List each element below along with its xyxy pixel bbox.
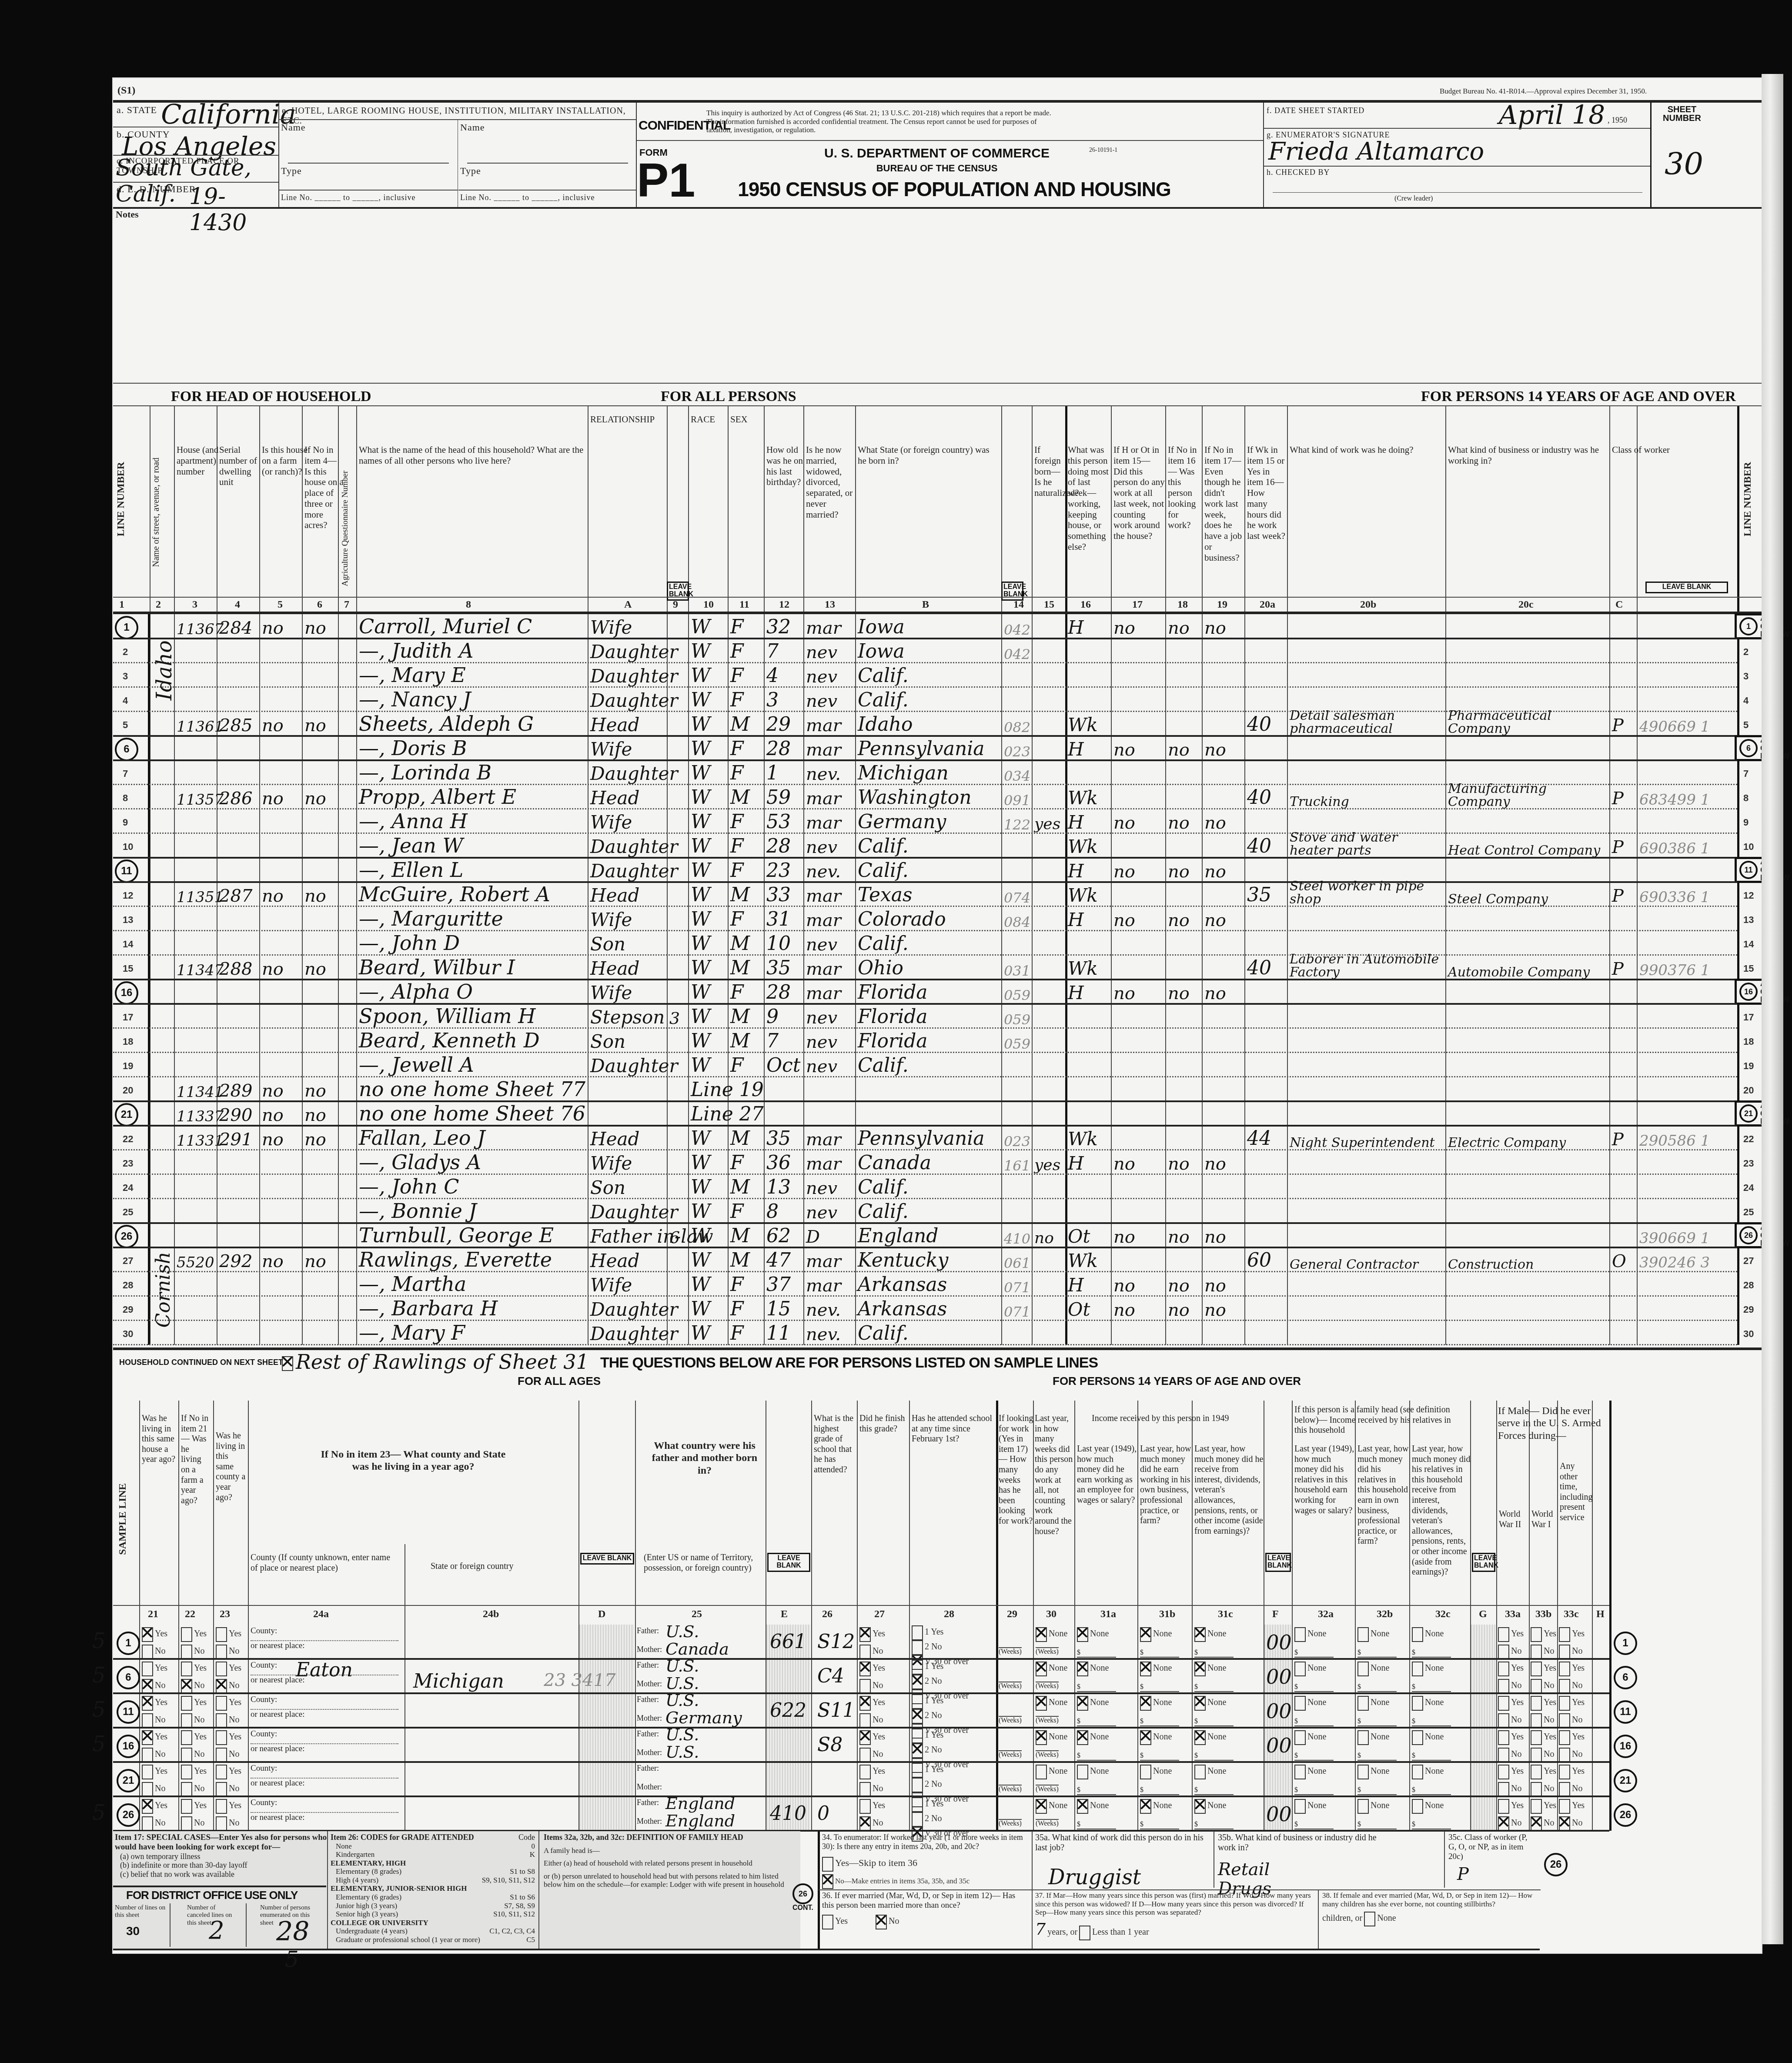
c23-no-checkbox[interactable] xyxy=(216,1713,227,1728)
sex[interactable]: F xyxy=(730,1321,744,1344)
c32b-none-checkbox[interactable] xyxy=(1357,1765,1369,1779)
relationship[interactable]: Wife xyxy=(590,1272,632,1296)
marital-status[interactable]: mar xyxy=(806,809,841,833)
farm-answer[interactable]: no xyxy=(262,1101,284,1125)
relationship[interactable]: Daughter xyxy=(590,760,678,784)
has-job[interactable]: no xyxy=(1204,1296,1226,1320)
acres-answer[interactable]: no xyxy=(304,1126,326,1150)
age[interactable]: 37 xyxy=(766,1272,791,1296)
other-no-checkbox[interactable] xyxy=(1559,1748,1570,1762)
farm-answer[interactable]: no xyxy=(262,614,284,638)
house-number[interactable]: 11341 xyxy=(177,1077,224,1101)
c21-no-checkbox[interactable] xyxy=(142,1645,153,1659)
acres-answer[interactable]: no xyxy=(304,1077,326,1101)
person-name[interactable]: Spoon, William H xyxy=(359,1004,535,1028)
c31c-none-checkbox[interactable] xyxy=(1194,1662,1206,1676)
father-birthplace[interactable]: U.S. xyxy=(665,1656,699,1675)
c30-none-checkbox[interactable] xyxy=(1036,1627,1047,1642)
ww1-yes-checkbox[interactable] xyxy=(1531,1696,1542,1711)
relationship[interactable]: Daughter xyxy=(590,1199,678,1223)
hours-worked[interactable]: 40 xyxy=(1247,833,1271,857)
age[interactable]: 28 xyxy=(766,980,791,1003)
activity[interactable]: Wk xyxy=(1068,785,1098,809)
code-c[interactable]: 690386 1 xyxy=(1639,833,1710,857)
c31b-none-checkbox[interactable] xyxy=(1140,1662,1151,1676)
age[interactable]: 32 xyxy=(766,614,791,638)
ww2-no-checkbox[interactable] xyxy=(1498,1748,1509,1762)
sex[interactable]: M xyxy=(730,955,750,979)
race[interactable]: W xyxy=(691,712,710,736)
serial-number[interactable]: 291 xyxy=(219,1126,252,1150)
any-work[interactable]: no xyxy=(1113,1223,1135,1247)
sex[interactable]: M xyxy=(730,1247,750,1271)
c31c-none-checkbox[interactable] xyxy=(1194,1799,1206,1814)
code-b[interactable]: 042 xyxy=(1004,614,1030,638)
race[interactable]: W xyxy=(691,1296,710,1320)
activity[interactable]: H xyxy=(1068,809,1084,833)
serial-number[interactable]: 290 xyxy=(219,1101,252,1125)
class-of-worker[interactable]: P xyxy=(1612,1126,1624,1150)
birthplace[interactable]: Calif. xyxy=(858,1053,909,1077)
activity[interactable]: Wk xyxy=(1068,712,1098,736)
house-number[interactable]: 11331 xyxy=(177,1126,224,1150)
father-birthplace[interactable]: England xyxy=(665,1794,735,1813)
industry[interactable]: Steel Company xyxy=(1448,882,1602,906)
house-number[interactable]: 11351 xyxy=(177,882,224,906)
sex[interactable]: F xyxy=(730,614,744,638)
sex[interactable]: F xyxy=(730,760,744,784)
occupation[interactable]: Detail salesman pharmaceutical xyxy=(1290,712,1444,736)
has-job[interactable]: no xyxy=(1204,858,1226,882)
marital-status[interactable]: nev xyxy=(806,639,837,662)
marital-status[interactable]: nev. xyxy=(806,760,841,784)
age[interactable]: Oct xyxy=(766,1053,800,1077)
c23-no-checkbox[interactable] xyxy=(216,1679,227,1694)
class-of-worker[interactable]: P xyxy=(1612,833,1624,857)
birthplace[interactable]: Idaho xyxy=(858,712,913,736)
person-name[interactable]: —, Bonnie J xyxy=(359,1199,477,1223)
ww1-yes-checkbox[interactable] xyxy=(1531,1662,1542,1676)
activity[interactable]: H xyxy=(1068,614,1084,638)
age[interactable]: 29 xyxy=(766,712,791,736)
c27-yes-checkbox[interactable] xyxy=(859,1662,871,1676)
c21-no-checkbox[interactable] xyxy=(142,1748,153,1762)
c32a-none-checkbox[interactable] xyxy=(1294,1765,1306,1779)
person-name[interactable]: Rawlings, Everette xyxy=(359,1247,552,1271)
looking-for-work[interactable]: no xyxy=(1168,1150,1190,1174)
c23-no-checkbox[interactable] xyxy=(216,1645,227,1659)
race[interactable]: W xyxy=(691,1004,710,1028)
relationship[interactable]: Son xyxy=(590,1028,625,1052)
sex[interactable]: F xyxy=(730,906,744,930)
other-no-checkbox[interactable] xyxy=(1559,1679,1570,1694)
looking-for-work[interactable]: no xyxy=(1168,906,1190,930)
has-job[interactable]: no xyxy=(1204,809,1226,833)
sex[interactable]: F xyxy=(730,1150,744,1174)
age[interactable]: 59 xyxy=(766,785,791,809)
sex[interactable]: M xyxy=(730,882,750,906)
sex[interactable]: M xyxy=(730,931,750,955)
any-work[interactable]: no xyxy=(1113,614,1135,638)
activity[interactable]: Wk xyxy=(1068,833,1098,857)
farm-answer[interactable]: no xyxy=(262,955,284,979)
marital-status[interactable]: nev. xyxy=(806,1296,841,1320)
farm-answer[interactable]: no xyxy=(262,712,284,736)
age[interactable]: 10 xyxy=(766,931,791,955)
naturalized[interactable]: yes xyxy=(1034,1150,1060,1174)
ww1-yes-checkbox[interactable] xyxy=(1531,1799,1542,1814)
relationship[interactable]: Daughter xyxy=(590,858,678,882)
code-b[interactable]: 161 xyxy=(1004,1150,1030,1174)
relationship[interactable]: Daughter xyxy=(590,1321,678,1344)
age[interactable]: 36 xyxy=(766,1150,791,1174)
q38-none-checkbox[interactable] xyxy=(1364,1912,1375,1926)
hours-worked[interactable]: 44 xyxy=(1247,1126,1271,1150)
c22-no-checkbox[interactable] xyxy=(181,1748,192,1762)
c31c-none-checkbox[interactable] xyxy=(1194,1627,1206,1642)
c31a-none-checkbox[interactable] xyxy=(1077,1627,1088,1642)
household-continued-checkbox[interactable] xyxy=(282,1356,293,1371)
c31c-none-checkbox[interactable] xyxy=(1194,1730,1206,1745)
industry[interactable]: Pharmaceutical Company xyxy=(1448,712,1602,736)
age[interactable]: 28 xyxy=(766,833,791,857)
c32a-none-checkbox[interactable] xyxy=(1294,1799,1306,1814)
sex[interactable]: F xyxy=(730,1053,744,1077)
c22-no-checkbox[interactable] xyxy=(181,1782,192,1797)
c21-no-checkbox[interactable] xyxy=(142,1816,153,1831)
highest-grade[interactable]: S12 xyxy=(817,1631,855,1653)
marital-status[interactable]: nev. xyxy=(806,1321,841,1344)
marital-status[interactable]: nev. xyxy=(806,858,841,882)
activity[interactable]: Ot xyxy=(1068,1223,1090,1247)
person-name[interactable]: Beard, Kenneth D xyxy=(359,1028,540,1052)
looking-for-work[interactable]: no xyxy=(1168,736,1190,760)
person-name[interactable]: Fallan, Leo J xyxy=(359,1126,485,1150)
person-name[interactable]: —, Gladys A xyxy=(359,1150,481,1174)
c21-yes-checkbox[interactable] xyxy=(142,1799,153,1814)
acres-answer[interactable]: no xyxy=(304,614,326,638)
birthplace[interactable]: Calif. xyxy=(858,931,909,955)
c23-yes-checkbox[interactable] xyxy=(216,1696,227,1711)
farm-answer[interactable]: no xyxy=(262,1077,284,1101)
mother-birthplace[interactable]: Canada xyxy=(665,1639,729,1658)
c31c-none-checkbox[interactable] xyxy=(1194,1696,1206,1711)
occupation[interactable]: Trucking xyxy=(1290,785,1444,809)
code-b[interactable]: 410 xyxy=(1004,1223,1030,1247)
person-name[interactable]: —, Jean W xyxy=(359,833,463,857)
looking-for-work[interactable]: no xyxy=(1168,858,1190,882)
c32a-none-checkbox[interactable] xyxy=(1294,1730,1306,1745)
c22-no-checkbox[interactable] xyxy=(181,1713,192,1728)
looking-for-work[interactable]: no xyxy=(1168,980,1190,1003)
serial-number[interactable]: 284 xyxy=(219,614,252,638)
person-name[interactable]: —, Lorinda B xyxy=(359,760,491,784)
race[interactable]: W xyxy=(691,1321,710,1344)
sex[interactable]: F xyxy=(730,663,744,687)
birthplace[interactable]: Florida xyxy=(858,1028,928,1052)
code-a[interactable]: 6 xyxy=(669,1223,680,1247)
ww2-no-checkbox[interactable] xyxy=(1498,1816,1509,1831)
any-work[interactable]: no xyxy=(1113,809,1135,833)
code-b[interactable]: 071 xyxy=(1004,1296,1030,1320)
other-no-checkbox[interactable] xyxy=(1559,1713,1570,1728)
race[interactable]: W xyxy=(691,639,710,662)
activity[interactable]: H xyxy=(1068,1150,1084,1174)
person-name[interactable]: —, Judith A xyxy=(359,639,473,662)
sex[interactable]: F xyxy=(730,833,744,857)
ww2-yes-checkbox[interactable] xyxy=(1498,1799,1509,1814)
highest-grade[interactable]: 0 xyxy=(817,1802,829,1825)
sex[interactable]: F xyxy=(730,1296,744,1320)
c31c-none-checkbox[interactable] xyxy=(1194,1765,1206,1779)
mother-birthplace[interactable]: U.S. xyxy=(665,1742,699,1762)
birthplace[interactable]: Ohio xyxy=(858,955,903,979)
c32c-none-checkbox[interactable] xyxy=(1412,1765,1423,1779)
c22-no-checkbox[interactable] xyxy=(181,1679,192,1694)
marital-status[interactable]: mar xyxy=(806,712,841,736)
c32c-none-checkbox[interactable] xyxy=(1412,1627,1423,1642)
c23-yes-checkbox[interactable] xyxy=(216,1765,227,1779)
hours-worked[interactable]: 40 xyxy=(1247,955,1271,979)
c21-yes-checkbox[interactable] xyxy=(142,1765,153,1779)
birthplace[interactable]: Texas xyxy=(858,882,913,906)
father-birthplace[interactable]: U.S. xyxy=(665,1725,699,1744)
other-no-checkbox[interactable] xyxy=(1559,1782,1570,1797)
relationship[interactable]: Son xyxy=(590,931,625,955)
marital-status[interactable]: mar xyxy=(806,955,841,979)
birthplace[interactable]: Calif. xyxy=(858,833,909,857)
relationship[interactable]: Head xyxy=(590,955,639,979)
c31a-none-checkbox[interactable] xyxy=(1077,1765,1088,1779)
ww1-yes-checkbox[interactable] xyxy=(1531,1627,1542,1642)
code-c[interactable]: 390246 3 xyxy=(1639,1247,1710,1271)
race[interactable]: W xyxy=(691,931,710,955)
state-year-ago[interactable]: Michigan xyxy=(413,1670,504,1692)
activity[interactable]: Ot xyxy=(1068,1296,1090,1320)
person-name[interactable]: —, Anna H xyxy=(359,809,468,833)
relationship[interactable]: Wife xyxy=(590,906,632,930)
c23-no-checkbox[interactable] xyxy=(216,1748,227,1762)
birthplace[interactable]: Arkansas xyxy=(858,1296,947,1320)
race[interactable]: W xyxy=(691,614,710,638)
person-name[interactable]: no one home Sheet 77 xyxy=(359,1077,585,1101)
any-work[interactable]: no xyxy=(1113,1150,1135,1174)
c22-yes-checkbox[interactable] xyxy=(181,1730,192,1745)
relationship[interactable]: Daughter xyxy=(590,687,678,711)
naturalized[interactable]: yes xyxy=(1034,809,1060,833)
has-job[interactable]: no xyxy=(1204,1223,1226,1247)
hours-worked[interactable]: 40 xyxy=(1247,712,1271,736)
person-name[interactable]: McGuire, Robert A xyxy=(359,882,550,906)
birthplace[interactable]: Pennsylvania xyxy=(858,1126,985,1150)
person-name[interactable]: —, Mary F xyxy=(359,1321,465,1344)
code-c[interactable]: 290586 1 xyxy=(1639,1126,1710,1150)
mother-birthplace[interactable]: U.S. xyxy=(665,1674,699,1693)
race[interactable]: W xyxy=(691,1053,710,1077)
relationship[interactable]: Head xyxy=(590,712,639,736)
c32b-none-checkbox[interactable] xyxy=(1357,1696,1369,1711)
marital-status[interactable]: mar xyxy=(806,785,841,809)
hours-worked[interactable]: 35 xyxy=(1247,882,1271,906)
c31b-none-checkbox[interactable] xyxy=(1140,1730,1151,1745)
ww1-no-checkbox[interactable] xyxy=(1531,1748,1542,1762)
looking-for-work[interactable]: no xyxy=(1168,1296,1190,1320)
relationship[interactable]: Daughter xyxy=(590,1053,678,1077)
c23-no-checkbox[interactable] xyxy=(216,1816,227,1831)
marital-status[interactable]: nev xyxy=(806,1028,837,1052)
ww1-yes-checkbox[interactable] xyxy=(1531,1765,1542,1779)
age[interactable]: 4 xyxy=(766,663,779,687)
relationship[interactable]: Son xyxy=(590,1174,625,1198)
c28-no-checkbox[interactable] xyxy=(912,1743,923,1758)
sex[interactable]: F xyxy=(730,1199,744,1223)
c28-no-checkbox[interactable] xyxy=(912,1778,923,1792)
person-name[interactable]: no one home Sheet 76 xyxy=(359,1101,585,1125)
code-b[interactable]: 034 xyxy=(1004,760,1030,784)
c22-yes-checkbox[interactable] xyxy=(181,1627,192,1642)
activity[interactable]: H xyxy=(1068,1272,1084,1296)
activity[interactable]: H xyxy=(1068,858,1084,882)
person-name[interactable]: —, Doris B xyxy=(359,736,467,760)
sex[interactable]: M xyxy=(730,785,750,809)
ww2-yes-checkbox[interactable] xyxy=(1498,1696,1509,1711)
ww2-no-checkbox[interactable] xyxy=(1498,1713,1509,1728)
race[interactable]: W xyxy=(691,1028,710,1052)
c32c-none-checkbox[interactable] xyxy=(1412,1730,1423,1745)
marital-status[interactable]: mar xyxy=(806,614,841,638)
marital-status[interactable]: mar xyxy=(806,1126,841,1150)
c22-yes-checkbox[interactable] xyxy=(181,1696,192,1711)
relationship[interactable]: Head xyxy=(590,882,639,906)
c30-none-checkbox[interactable] xyxy=(1036,1730,1047,1745)
age[interactable]: 9 xyxy=(766,1004,779,1028)
occupation[interactable]: General Contractor xyxy=(1290,1247,1444,1271)
c27-yes-checkbox[interactable] xyxy=(859,1696,871,1711)
birthplace[interactable]: Colorado xyxy=(858,906,946,930)
c27-no-checkbox[interactable] xyxy=(859,1782,871,1797)
other-no-checkbox[interactable] xyxy=(1559,1645,1570,1659)
relationship[interactable]: Daughter xyxy=(590,1296,678,1320)
marital-status[interactable]: mar xyxy=(806,882,841,906)
relationship[interactable]: Wife xyxy=(590,614,632,638)
house-number[interactable]: 11357 xyxy=(177,785,224,809)
relationship[interactable]: Head xyxy=(590,1247,639,1271)
other-yes-checkbox[interactable] xyxy=(1559,1696,1570,1711)
code-c[interactable]: 690336 1 xyxy=(1639,882,1710,906)
highest-grade[interactable]: C4 xyxy=(817,1665,844,1687)
age[interactable]: 3 xyxy=(766,687,779,711)
age[interactable]: 28 xyxy=(766,736,791,760)
birthplace[interactable]: Florida xyxy=(858,1004,928,1028)
relationship[interactable]: Stepson xyxy=(590,1004,665,1028)
relationship[interactable]: Wife xyxy=(590,1150,632,1174)
person-name[interactable]: —, Jewell A xyxy=(359,1053,474,1077)
code-c[interactable]: 990376 1 xyxy=(1639,955,1710,979)
serial-number[interactable]: 285 xyxy=(219,712,252,736)
q34-yes-checkbox[interactable] xyxy=(822,1857,833,1872)
acres-answer[interactable]: no xyxy=(304,1101,326,1125)
marital-status[interactable]: nev xyxy=(806,833,837,857)
highest-grade[interactable]: S8 xyxy=(817,1734,843,1756)
age[interactable]: 23 xyxy=(766,858,791,882)
birthplace[interactable]: Pennsylvania xyxy=(858,736,985,760)
c32c-none-checkbox[interactable] xyxy=(1412,1662,1423,1676)
sex[interactable]: F xyxy=(730,809,744,833)
marital-status[interactable]: nev xyxy=(806,663,837,687)
c30-none-checkbox[interactable] xyxy=(1036,1696,1047,1711)
hours-worked[interactable]: 40 xyxy=(1247,785,1271,809)
person-name[interactable]: —, Mary E xyxy=(359,663,466,687)
person-name[interactable]: —, Barbara H xyxy=(359,1296,498,1320)
father-birthplace[interactable]: U.S. xyxy=(665,1622,699,1641)
c22-yes-checkbox[interactable] xyxy=(181,1765,192,1779)
serial-number[interactable]: 288 xyxy=(219,955,252,979)
code-b[interactable]: 059 xyxy=(1004,980,1030,1003)
c21-yes-checkbox[interactable] xyxy=(142,1627,153,1642)
race[interactable]: W xyxy=(691,955,710,979)
c31a-none-checkbox[interactable] xyxy=(1077,1730,1088,1745)
ww1-no-checkbox[interactable] xyxy=(1531,1645,1542,1659)
age[interactable]: 13 xyxy=(766,1174,791,1198)
sex[interactable]: M xyxy=(730,1004,750,1028)
sex[interactable]: F xyxy=(730,687,744,711)
c28-yes-checkbox[interactable] xyxy=(912,1625,923,1640)
person-name[interactable]: —, Marguritte xyxy=(359,906,503,930)
acres-answer[interactable]: no xyxy=(304,1247,326,1271)
sex[interactable]: M xyxy=(730,1126,750,1150)
has-job[interactable]: no xyxy=(1204,1272,1226,1296)
house-number[interactable]: 11337 xyxy=(177,1101,224,1125)
has-job[interactable]: no xyxy=(1204,614,1226,638)
relationship[interactable]: Head xyxy=(590,785,639,809)
person-name[interactable]: —, John C xyxy=(359,1174,459,1198)
any-work[interactable]: no xyxy=(1113,858,1135,882)
any-work[interactable]: no xyxy=(1113,1296,1135,1320)
c23-yes-checkbox[interactable] xyxy=(216,1662,227,1676)
c32b-none-checkbox[interactable] xyxy=(1357,1627,1369,1642)
age[interactable]: 15 xyxy=(766,1296,791,1320)
sex[interactable]: F xyxy=(730,858,744,882)
age[interactable]: 35 xyxy=(766,955,791,979)
birthplace[interactable]: Washington xyxy=(858,785,972,809)
c32b-none-checkbox[interactable] xyxy=(1357,1730,1369,1745)
has-job[interactable]: no xyxy=(1204,1150,1226,1174)
marital-status[interactable]: nev xyxy=(806,1174,837,1198)
other-yes-checkbox[interactable] xyxy=(1559,1730,1570,1745)
marital-status[interactable]: mar xyxy=(806,906,841,930)
c31b-none-checkbox[interactable] xyxy=(1140,1765,1151,1779)
any-work[interactable]: no xyxy=(1113,736,1135,760)
occupation[interactable]: Steel worker in pipe shop xyxy=(1290,882,1444,906)
farm-answer[interactable]: no xyxy=(262,882,284,906)
c32b-none-checkbox[interactable] xyxy=(1357,1799,1369,1814)
sex[interactable]: M xyxy=(730,1028,750,1052)
acres-answer[interactable]: no xyxy=(304,712,326,736)
race[interactable]: W xyxy=(691,785,710,809)
race[interactable]: W xyxy=(691,1223,710,1247)
age[interactable]: 62 xyxy=(766,1223,791,1247)
naturalized[interactable]: no xyxy=(1034,1223,1054,1247)
c27-no-checkbox[interactable] xyxy=(859,1748,871,1762)
farm-answer[interactable]: no xyxy=(262,1247,284,1271)
relationship[interactable]: Wife xyxy=(590,809,632,833)
race[interactable]: W xyxy=(691,858,710,882)
c31b-none-checkbox[interactable] xyxy=(1140,1799,1151,1814)
race[interactable]: W xyxy=(691,980,710,1003)
acres-answer[interactable]: no xyxy=(304,882,326,906)
person-name[interactable]: —, Nancy J xyxy=(359,687,471,711)
birthplace[interactable]: Canada xyxy=(858,1150,931,1174)
